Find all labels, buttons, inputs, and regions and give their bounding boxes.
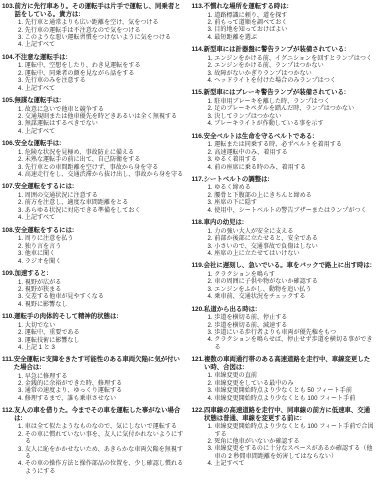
question-block: 109. 加速すると: 1. 視野が広がる2. 視野が狭まる3. 交差する他車が… (2, 270, 186, 308)
option-item: 4. 座席の上に立たせてはいけない (208, 250, 376, 257)
option-item: 1. 運転中、空想をしたり、わき見運転をする (18, 62, 186, 69)
question-text: 前方に先行車あり。その運転手は片手で運転し、同乗者と話をしている。貴方は: (14, 3, 185, 18)
question-number: 117. (192, 176, 204, 184)
question-number: 115. (192, 89, 204, 97)
question-header: 117. シートベルトの調整は: (192, 176, 376, 184)
question-block: 112. 友人の車を借りた。今までその車を運転した事がない場合は: 1. 車は全… (2, 407, 186, 475)
question-text: 私道から出る時は: (204, 306, 375, 314)
question-text: 友人の車を借りた。今までその車を運転した事がない場合は: (14, 407, 185, 422)
option-list: 1. 大切でない2. 運転中、重要である3. 運転技術に影響なし4. 上記 1 … (2, 321, 186, 352)
option-list: 1. 車線変更の直前2. 車線変更をしている最中のみ3. 車線変更開始時点より少… (192, 371, 376, 402)
question-header: 114. 新型車には計器盤に警告ランプが装備されている: (192, 46, 376, 54)
option-list: 1. 早急に修理する2. 金銭的に余裕ができた時、修理する3. 通常の速度より、… (2, 372, 186, 403)
option-item: 2. 足のブレーキペダルを踏んだ時、ランプはつかない (208, 105, 376, 112)
option-list: 1. 運転中、空想をしたり、わき見運転をする2. 運転中、同乗者の顔を見ながら話… (2, 61, 186, 92)
question-block: 119. 会社に遅刻し、急いでいる。車をバックで路上に出す時は: 1. クラクシ… (192, 262, 376, 300)
option-item: 3. 通常の速度より、ゆっくり運転する (18, 387, 186, 394)
option-item: 1. 先行車と通常よりも広い距離を空け、気をつける (18, 19, 186, 26)
option-item: 2. 前方を注意し、適度な車間距離をとる (18, 199, 186, 206)
question-header: 119. 会社に遅刻し、急いでいる。車をバックで路上に出す時は: (192, 262, 376, 270)
question-block: 113. 不慣れな場所を運転する時は: 1. 道路標識に頼り、道を探す2. 前も… (192, 3, 376, 41)
option-item: 4. 上記すべて (18, 214, 186, 221)
option-item: 1. 車線変更の直前 (208, 372, 376, 379)
question-block: 120. 私道から出る時は: 1. 歩道を横切る前、停止する2. 歩道を横切る前… (192, 306, 376, 352)
option-list: 1. 周りに注意を払う2. 独り言を言う3. 他車に聞く4. ラジオを聞く (2, 234, 186, 265)
option-list: 1. 周囲の交通状況に注意する2. 前方を注意し、適度な車間距離をとる3. あら… (2, 191, 186, 222)
question-header: 104. 不注意な運転手は: (2, 54, 186, 62)
question-header: 108. 安全運転をするには: (2, 227, 186, 235)
question-block: 116. 安全ベルトは生命を守るベルトである: 1. 運転または同乗する時、必ず… (192, 133, 376, 171)
option-item: 3. 目的地を知っておけばよい (208, 26, 376, 33)
option-item: 4. 上記すべて (18, 128, 186, 135)
question-header: 109. 加速すると: (2, 270, 186, 278)
option-item: 1. 運転または同乗する時、必ずベルトを着用する (208, 141, 376, 148)
option-list: 1. 先行車と通常よりも広い距離を空け、気をつける2. 先行車の運転手は不注意な… (2, 18, 186, 49)
option-list: 1. 車線変更開始時点より少なくとも 100 フィート手前で合図する2. 死角に… (192, 422, 376, 468)
question-text: 不注意な運転手は: (14, 54, 185, 62)
question-text: 新型車にはブレーキ警告ランプが装備されている: (204, 89, 375, 97)
test-page: 103. 前方に先行車あり。その運転手は片手で運転し、同乗者と話をしている。貴方… (0, 0, 377, 488)
question-block: 115. 新型車にはブレーキ警告ランプが装備されている: 1. 駐車用ブレーキを… (192, 89, 376, 127)
option-item: 1. 車は全て似たようなものなので、気にしないで運転する (18, 423, 186, 430)
question-header: 107. 安全運転をするには: (2, 183, 186, 191)
question-number: 104. (2, 54, 14, 62)
option-item: 2. 前部か後部に立たせると、安全である (208, 235, 376, 242)
question-header: 111. 安全運転に支障をきたす可能性のある車両欠陥に気が付いた場合は: (2, 356, 186, 371)
option-item: 4. 上記すべて (208, 460, 376, 467)
option-item: 3. 小さいので、交通事故で負傷はしない (208, 243, 376, 250)
option-item: 3. 故障がないかぎりランプはつかない (208, 70, 376, 77)
question-text: 四車線の高速道路を走行中、同車線の前方に低速車、交通状態は普通、車線を変更する前… (204, 407, 375, 422)
option-item: 1. 故意に急いで他車と競争する (18, 106, 186, 113)
question-number: 107. (2, 183, 14, 191)
option-item: 2. 高速運転中のみ、着用する (208, 149, 376, 156)
question-header: 118. 車内の幼児は: (192, 219, 376, 227)
option-item: 1. 車線変更開始時点より少なくとも 100 フィート手前で合図する (208, 423, 376, 438)
question-number: 108. (2, 227, 14, 235)
question-header: 103. 前方に先行車あり。その運転手は片手で運転し、同乗者と話をしている。貴方… (2, 3, 186, 18)
option-item: 1. 早急に修理する (18, 373, 186, 380)
option-list: 1. 道路標識に頼り、道を探す2. 前もって道順を調べておく3. 目的地を知って… (192, 11, 376, 42)
option-item: 3. ゆるく着用する (208, 156, 376, 163)
option-item: 1. 視野が広がる (18, 279, 186, 286)
column-right: 113. 不慣れな場所を運転する時は: 1. 道路標識に頼り、道を探す2. 前も… (192, 3, 376, 486)
question-text: 安全運転をするには: (14, 183, 185, 191)
question-block: 121. 複数の車両通行帯のある高速道路を走行中、車線変更したい時、合図は: 1… (192, 356, 376, 402)
option-item: 4. ブレーキライトが作動している事を示す (208, 120, 376, 127)
option-list: 1. 運転または同乗する時、必ずベルトを着用する2. 高速運転中のみ、着用する3… (192, 140, 376, 171)
question-header: 113. 不慣れな場所を運転する時は: (192, 3, 376, 11)
option-item: 1. 歩道を横切る前、停止する (208, 314, 376, 321)
question-block: 114. 新型車には計器盤に警告ランプが装備されている: 1. エンジンをかける… (192, 46, 376, 84)
question-text: 不慣れな場所を運転する時は: (204, 3, 375, 11)
option-item: 4. 乗車前、交通状況をチェックする (208, 293, 376, 300)
question-header: 106. 安全な運転手は: (2, 140, 186, 148)
option-item: 4. 前の座席に乗る時のみ、着用する (208, 164, 376, 171)
question-block: 110. 運転手の肉体的そして精神的状態は: 1. 大切でない2. 運転中、重要… (2, 313, 186, 351)
question-text: 複数の車両通行帯のある高速道路を走行中、車線変更したい時、合図は: (204, 356, 375, 371)
question-block: 105. 無謀な運転手は: 1. 故意に急いで他車と競争する2. 交通規則または… (2, 97, 186, 135)
question-header: 122. 四車線の高速道路を走行中、同車線の前方に低速車、交通状態は普通、車線を… (192, 407, 376, 422)
question-number: 106. (2, 140, 14, 148)
question-text: 安全運転に支障をきたす可能性のある車両欠陥に気が付いた場合は: (14, 356, 186, 371)
option-item: 3. 無謀運転はするべきでない (18, 120, 186, 127)
question-block: 108. 安全運転をするには: 1. 周りに注意を払う2. 独り言を言う3. 他… (2, 227, 186, 265)
option-list: 1. ゆるく締める2. 腰骨と下腹部の上にきちんと締める3. 座席の下に隠す4.… (192, 183, 376, 214)
option-list: 1. 力の強い大人が安全に支える2. 前部か後部に立たせると、安全である3. 小… (192, 227, 376, 258)
option-list: 1. クラクションを鳴らす2. 車の周囲に子供や物がないか確認する3. エンジン… (192, 270, 376, 301)
question-text: 無謀な運転手は: (14, 97, 185, 105)
question-text: シートベルトの調整は: (204, 176, 375, 184)
option-item: 4. 車線変更開始時点より少なくとも 100 フィート手前 (208, 395, 376, 402)
question-number: 118. (192, 219, 204, 227)
option-item: 2. 歩道を横切る前、減速する (208, 322, 376, 329)
option-item: 4. その車の操作方法と操作部品の位置を、少し確認し慣れるようにする (18, 460, 186, 475)
option-item: 3. 交差する他車が見やすくなる (18, 293, 186, 300)
option-item: 1. 周りに注意を払う (18, 235, 186, 242)
option-list: 1. 危険な状況を見極め、事故防止に備える2. 未熟な運転手の前に出て、自己防衛… (2, 148, 186, 179)
column-left: 103. 前方に先行車あり。その運転手は片手で運転し、同乗者と話をしている。貴方… (2, 3, 186, 486)
option-item: 2. 車の周囲に子供や物がないか確認する (208, 278, 376, 285)
option-item: 2. その車に慣れていない事を、友人に気付かれないようにする (18, 431, 186, 446)
option-item: 4. クラクションを鳴らせば、停止せず歩道を横切る事ができる (208, 336, 376, 351)
option-list: 1. 車は全て似たようなものなので、気にしないで運転する2. その車に慣れていな… (2, 422, 186, 475)
question-block: 106. 安全な運転手は: 1. 危険な状況を見極め、事故防止に備える2. 未熟… (2, 140, 186, 178)
option-item: 4. 上記 1 と 3 (18, 344, 186, 351)
option-item: 4. 修理するまで、誰も乗車させない (18, 395, 186, 402)
question-text: 安全な運転手は: (14, 140, 185, 148)
question-block: 122. 四車線の高速道路を走行中、同車線の前方に低速車、交通状態は普通、車線を… (192, 407, 376, 468)
question-number: 111. (2, 356, 14, 371)
question-number: 122. (192, 407, 204, 422)
option-item: 3. 座席の下に隠す (208, 199, 376, 206)
question-number: 116. (192, 133, 204, 141)
option-list: 1. 歩道を横切る前、停止する2. 歩道を横切る前、減速する3. 歩道にいる歩行… (192, 313, 376, 351)
option-item: 2. 独り言を言う (18, 243, 186, 250)
question-text: 運転手の肉体的そして精神的状態は: (14, 313, 185, 321)
question-header: 115. 新型車にはブレーキ警告ランプが装備されている: (192, 89, 376, 97)
option-item: 3. 他車に聞く (18, 250, 186, 257)
question-number: 119. (192, 262, 204, 270)
option-item: 4. 最短距離を選ぶ (208, 34, 376, 41)
option-item: 4. ヘッドライトを付けた場合のみランプはつく (208, 77, 376, 84)
question-block: 107. 安全運転をするには: 1. 周囲の交通状況に注意する2. 前方を注意し… (2, 183, 186, 221)
option-item: 4. 上記すべて (18, 41, 186, 48)
option-item: 4. 使用中、シートベルトの警告ブザーまたはランプがつく (208, 207, 376, 214)
option-item: 2. 先行車の運転手は不注意なので気をつける (18, 27, 186, 34)
option-item: 4. ラジオを聞く (18, 258, 186, 265)
option-item: 1. 道路標識に頼り、道を探す (208, 12, 376, 19)
option-item: 3. 車線変更開始時点より少なくとも 50 フィート手前 (208, 387, 376, 394)
question-number: 103. (2, 3, 14, 18)
option-list: 1. 視野が広がる2. 視野が狭まる3. 交差する他車が見やすくなる4. 視野に… (2, 278, 186, 309)
option-item: 4. 視野に影響なし (18, 301, 186, 308)
question-number: 114. (192, 46, 204, 54)
question-header: 110. 運転手の肉体的そして精神的状態は: (2, 313, 186, 321)
question-text: 加速すると: (14, 270, 185, 278)
question-block: 117. シートベルトの調整は: 1. ゆるく締める2. 腰骨と下腹部の上にきち… (192, 176, 376, 214)
option-item: 2. 未熟な運転手の前に出て、自己防衛をする (18, 156, 186, 163)
question-header: 120. 私道から出る時は: (192, 306, 376, 314)
question-block: 118. 車内の幼児は: 1. 力の強い大人が安全に支える2. 前部か後部に立た… (192, 219, 376, 257)
question-block: 103. 前方に先行車あり。その運転手は片手で運転し、同乗者と話をしている。貴方… (2, 3, 186, 49)
question-text: 新型車には計器盤に警告ランプが装備されている: (204, 46, 375, 54)
question-text: 車内の幼児は: (204, 219, 375, 227)
question-header: 116. 安全ベルトは生命を守るベルトである: (192, 133, 376, 141)
option-item: 3. 先行車との車間距離を空けず、事故から身を守る (18, 164, 186, 171)
option-item: 3. 友人に恥をかかせないため、あきらかな車両欠陥を無視する (18, 446, 186, 461)
option-item: 3. 先行車のみを注意する (18, 77, 186, 84)
option-item: 3. 運転技術に影響なし (18, 337, 186, 344)
question-block: 111. 安全運転に支障をきたす可能性のある車両欠陥に気が付いた場合は: 1. … (2, 356, 186, 402)
option-item: 1. ゆるく締める (208, 184, 376, 191)
question-number: 112. (2, 407, 14, 422)
question-number: 105. (2, 97, 14, 105)
question-header: 105. 無謀な運転手は: (2, 97, 186, 105)
question-block: 104. 不注意な運転手は: 1. 運転中、空想をしたり、わき見運転をする2. … (2, 54, 186, 92)
option-item: 3. 車線変更をするのに十分なスペースがあるか確認する（他車の 2 秒間車間距離… (208, 445, 376, 460)
question-number: 110. (2, 313, 14, 321)
question-text: 安全運転をするには: (14, 227, 185, 235)
question-number: 113. (192, 3, 204, 11)
option-item: 4. 高速走行をし、交通渋滞から抜け出し、事故から身を守る (18, 171, 186, 178)
option-item: 4. 上記すべて (18, 85, 186, 92)
question-header: 121. 複数の車両通行帯のある高速道路を走行中、車線変更したい時、合図は: (192, 356, 376, 371)
option-item: 2. エンジンをかける前、ランプはつかない (208, 62, 376, 69)
question-text: 安全ベルトは生命を守るベルトである: (204, 133, 375, 141)
option-list: 1. エンジンをかける前、イグニションを回すとランプはつく2. エンジンをかける… (192, 54, 376, 85)
question-number: 120. (192, 306, 204, 314)
option-list: 1. 駐車用ブレーキを離した時、ランプはつく2. 足のブレーキペダルを踏んだ時、… (192, 97, 376, 128)
question-text: 会社に遅刻し、急いでいる。車をバックで路上に出す時は: (204, 262, 375, 270)
question-number: 109. (2, 270, 14, 278)
question-header: 112. 友人の車を借りた。今までその車を運転した事がない場合は: (2, 407, 186, 422)
option-item: 2. 運転中、重要である (18, 329, 186, 336)
question-number: 121. (192, 356, 204, 371)
option-list: 1. 故意に急いで他車と競争する2. 交通規則または他車優先を時どきあるいは全く… (2, 105, 186, 136)
